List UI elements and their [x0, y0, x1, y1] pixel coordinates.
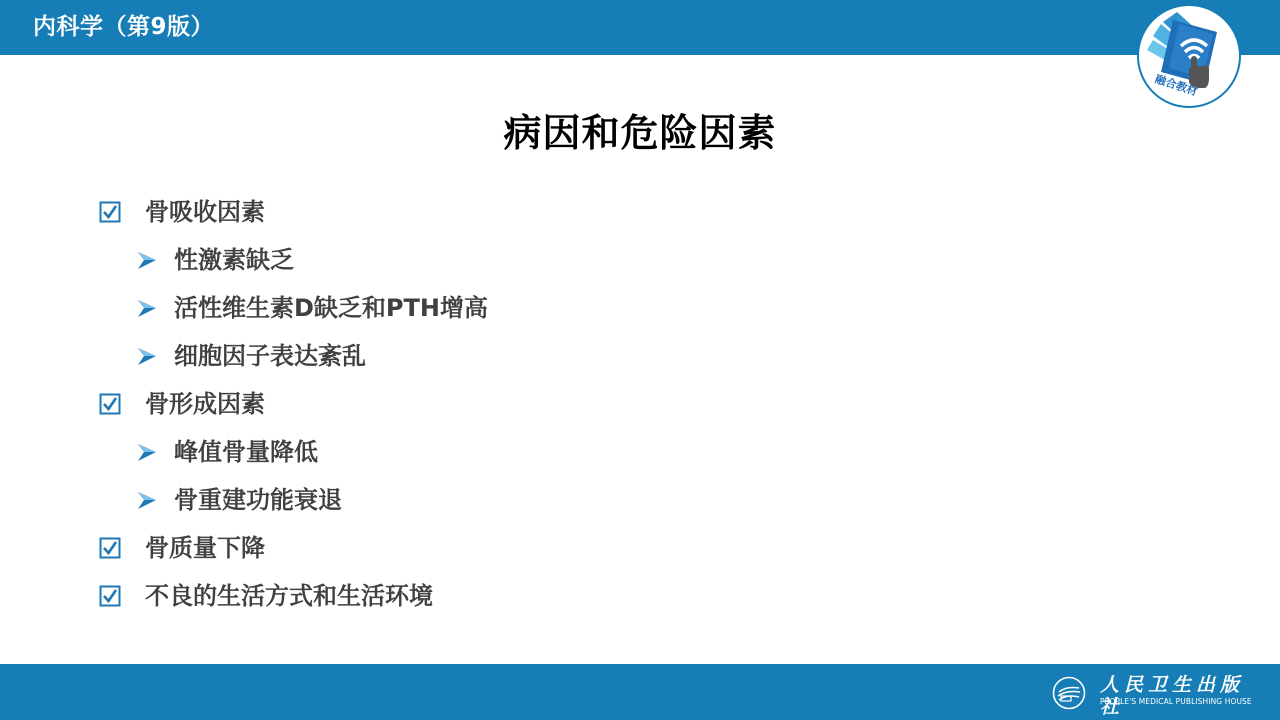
- list-item: 峰值骨量降低: [137, 432, 318, 472]
- course-title: 内科学（第9版）: [33, 12, 214, 42]
- publisher-name-en: PEOPLE'S MEDICAL PUBLISHING HOUSE: [1100, 697, 1252, 707]
- arrowhead-icon: [137, 346, 157, 366]
- publisher-name-cn: 人民卫生出版社: [1100, 674, 1266, 718]
- pmph-logo-icon: [1052, 676, 1086, 710]
- arrowhead-icon: [137, 250, 157, 270]
- publisher-logo: 人民卫生出版社 PEOPLE'S MEDICAL PUBLISHING HOUS…: [1052, 674, 1266, 712]
- list-item-label: 活性维生素D缺乏和PTH增高: [174, 292, 488, 324]
- list-item: 性激素缺乏: [137, 240, 294, 280]
- checkbox-checked-icon: [99, 393, 121, 415]
- list-item: 骨质量下降: [99, 528, 265, 568]
- list-item: 细胞因子表达紊乱: [137, 336, 366, 376]
- list-item: 不良的生活方式和生活环境: [99, 576, 433, 616]
- fusion-textbook-badge: 融合教材: [1137, 4, 1241, 108]
- arrowhead-icon: [137, 442, 157, 462]
- list-item-label: 峰值骨量降低: [174, 436, 318, 468]
- list-item-label: 骨质量下降: [145, 532, 265, 564]
- checkbox-checked-icon: [99, 201, 121, 223]
- list-item-label: 不良的生活方式和生活环境: [145, 580, 433, 612]
- list-item-label: 骨吸收因素: [145, 196, 265, 228]
- checkbox-checked-icon: [99, 537, 121, 559]
- list-item: 骨重建功能衰退: [137, 480, 342, 520]
- list-item: 骨吸收因素: [99, 192, 265, 232]
- list-item: 活性维生素D缺乏和PTH增高: [137, 288, 488, 328]
- list-item-label: 骨重建功能衰退: [174, 484, 342, 516]
- list-item: 骨形成因素: [99, 384, 265, 424]
- checkbox-checked-icon: [99, 585, 121, 607]
- arrowhead-icon: [137, 298, 157, 318]
- arrowhead-icon: [137, 490, 157, 510]
- list-item-label: 骨形成因素: [145, 388, 265, 420]
- slide-title: 病因和危险因素: [0, 108, 1280, 158]
- touch-wifi-book-icon: 融合教材: [1139, 6, 1239, 106]
- list-item-label: 细胞因子表达紊乱: [174, 340, 366, 372]
- list-item-label: 性激素缺乏: [174, 244, 294, 276]
